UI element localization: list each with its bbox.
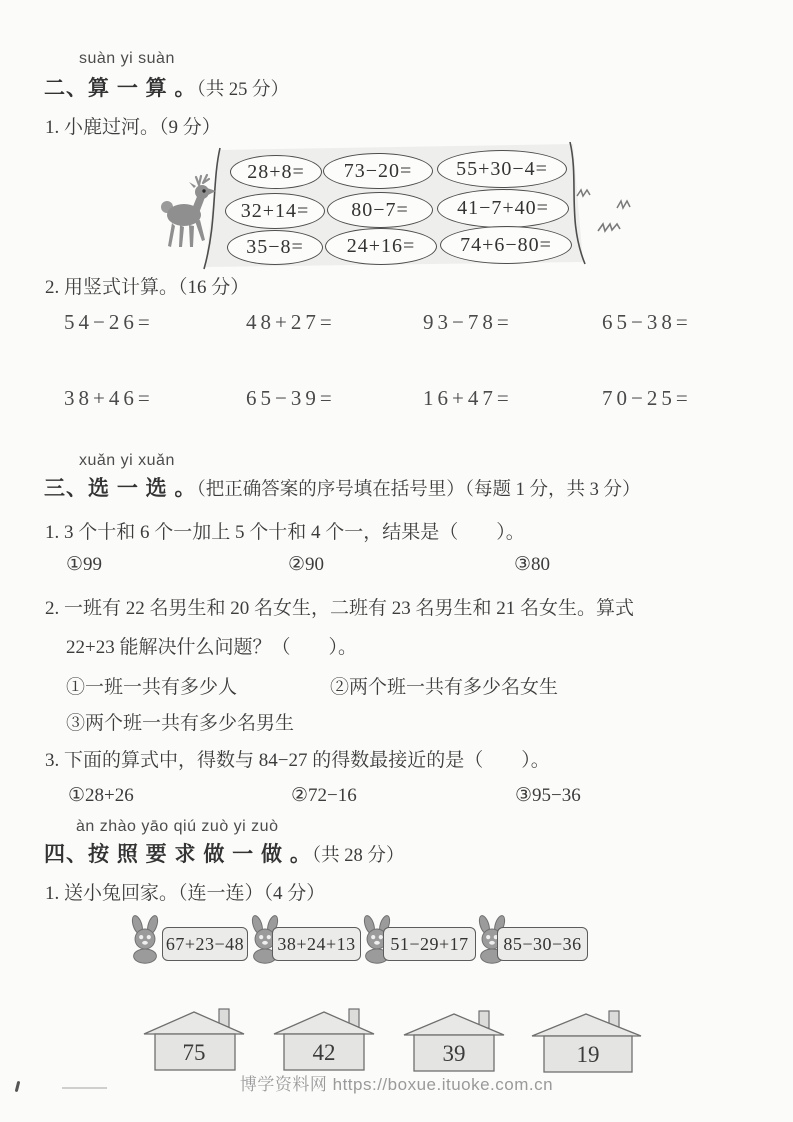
choose-q1-option: ③80 — [514, 553, 550, 576]
vertical-problem: 65−38= — [602, 310, 692, 335]
vertical-problem: 54−26= — [64, 310, 154, 335]
choose-q3-option: ①28+26 — [68, 784, 134, 807]
section-four-heading: 四、按 照 要 求 做 一 做 。（共 28 分） — [44, 838, 404, 868]
do-q1-label: 1. 送小兔回家。（连一连）（4 分） — [45, 878, 325, 905]
grass-icon — [577, 190, 590, 196]
river-problem-oval: 55+30−4= — [437, 150, 567, 188]
vertical-problem: 70−25= — [602, 386, 692, 411]
river-problem-oval: 74+6−80= — [440, 226, 572, 264]
choose-q3-option: ③95−36 — [515, 784, 581, 807]
vertical-problem: 93−78= — [423, 310, 513, 335]
choose-q3-text: 3. 下面的算式中，得数与 84−27 的得数最接近的是（ ）。 — [45, 745, 550, 772]
house-number: 39 — [443, 1041, 466, 1066]
house: 75 — [144, 1009, 244, 1070]
choose-q2-option: ③两个班一共有多少名男生 — [66, 708, 294, 735]
grass-icon — [598, 224, 620, 231]
section-three-note: （把正确答案的序号填在括号里）（每题 1 分，共 3 分） — [197, 480, 641, 500]
river-problem-oval: 24+16= — [325, 228, 437, 265]
rabbit-icon — [126, 914, 164, 964]
section-two-heading: 二、算 一 算 。（共 25 分） — [44, 72, 289, 102]
section-two-score: （共 25 分） — [197, 80, 290, 100]
house-number: 42 — [313, 1040, 336, 1065]
choose-q1-option: ②90 — [288, 553, 324, 576]
footer-text: 博学资料网 https://boxue.ituoke.com.cn — [0, 1070, 793, 1095]
vertical-problem: 38+46= — [64, 386, 154, 411]
river-problem-oval: 35−8= — [227, 230, 323, 265]
section-four-title: 四、按 照 要 求 做 一 做 。 — [44, 843, 312, 866]
expression-box: 67+23−48 — [162, 927, 248, 961]
choose-q1-text: 1. 3 个十和 6 个一加上 5 个十和 4 个一，结果是（ ）。 — [45, 517, 525, 544]
expression-box: 51−29+17 — [383, 927, 476, 961]
scan-artifact — [62, 1087, 107, 1089]
section-two-pinyin: suàn yi suàn — [79, 50, 175, 68]
river-problem-oval: 32+14= — [225, 193, 325, 229]
calc-q1-label: 1. 小鹿过河。（9 分） — [45, 112, 221, 139]
vertical-problem: 48+27= — [246, 310, 336, 335]
choose-q2-line2: 22+23 能解决什么问题？（ ）。 — [66, 632, 357, 659]
section-three-title: 三、选 一 选 。 — [44, 477, 197, 500]
section-three-pinyin: xuǎn yi xuǎn — [79, 452, 175, 470]
choose-q2-option: ②两个班一共有多少名女生 — [330, 672, 558, 699]
worksheet-page: suàn yi suàn 二、算 一 算 。（共 25 分） 1. 小鹿过河。（… — [0, 0, 793, 1122]
river-problem-oval: 41−7+40= — [437, 189, 569, 228]
choose-q2-line1: 2. 一班有 22 名男生和 20 名女生，二班有 23 名男生和 21 名女生… — [45, 593, 634, 620]
house: 19 — [532, 1011, 641, 1072]
vertical-problem: 65−39= — [246, 386, 336, 411]
river-problem-oval: 80−7= — [327, 192, 433, 228]
choose-q2-option: ①一班一共有多少人 — [66, 672, 237, 699]
house: 39 — [404, 1011, 504, 1071]
section-two-title: 二、算 一 算 。 — [44, 77, 197, 100]
vertical-problem: 16+47= — [423, 386, 513, 411]
river-problem-oval: 73−20= — [323, 153, 433, 189]
choose-q3-option: ②72−16 — [291, 784, 357, 807]
expression-box: 38+24+13 — [272, 927, 361, 961]
house-roof — [532, 1014, 641, 1036]
houses-row: 75 42 39 19 — [128, 1002, 663, 1080]
section-three-heading: 三、选 一 选 。（把正确答案的序号填在括号里）（每题 1 分，共 3 分） — [44, 472, 641, 502]
section-four-pinyin: àn zhào yāo qiú zuò yi zuò — [76, 818, 278, 836]
expression-box: 85−30−36 — [497, 927, 588, 961]
river-problem-oval: 28+8= — [230, 155, 322, 189]
house-number: 75 — [183, 1040, 206, 1065]
deer-icon — [161, 175, 216, 247]
choose-q1-option: ①99 — [66, 553, 102, 576]
grass-icon — [617, 201, 630, 208]
house: 42 — [274, 1009, 374, 1070]
house-number: 19 — [577, 1042, 600, 1067]
section-four-score: （共 28 分） — [312, 846, 405, 866]
calc-q2-label: 2. 用竖式计算。（16 分） — [45, 272, 249, 299]
